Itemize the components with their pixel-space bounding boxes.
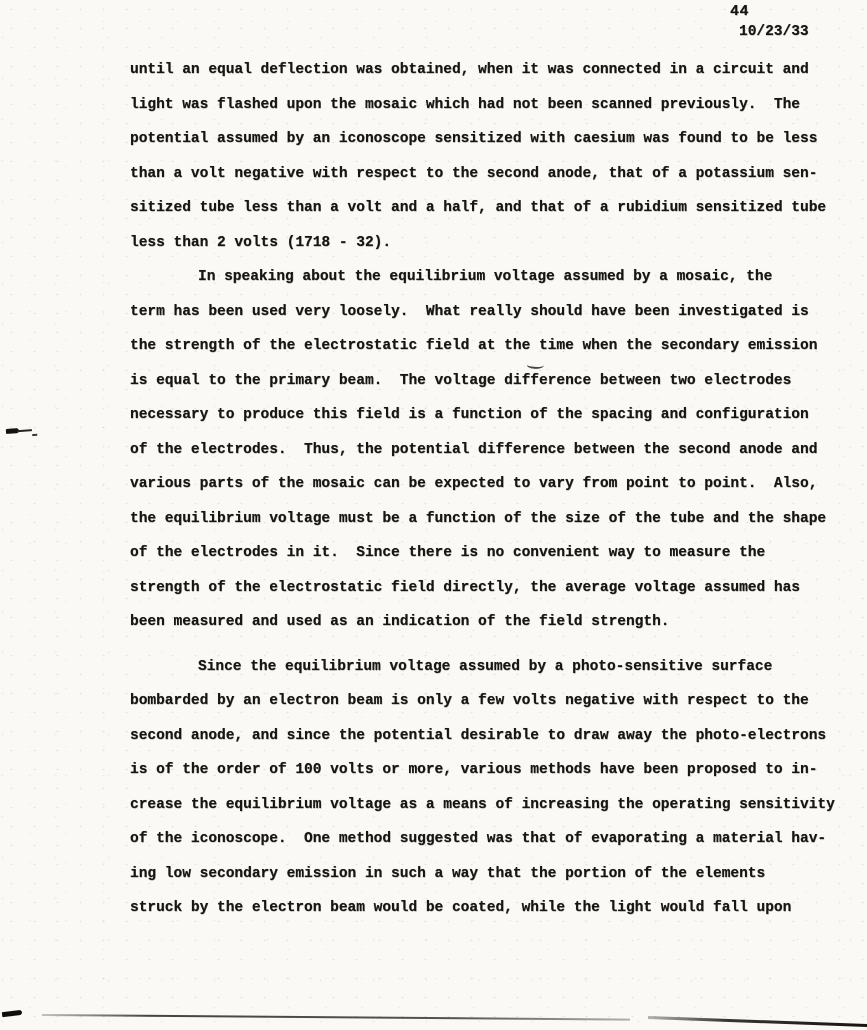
text-line: of the electrodes in it. Since there is …	[130, 536, 842, 571]
handwritten-margin-arrow-mark	[6, 426, 35, 438]
page-number: 44	[730, 3, 749, 20]
text-line: Since the equilibrium voltage assumed by…	[130, 650, 842, 685]
text-line: second anode, and since the potential de…	[130, 719, 842, 754]
text-line: bombarded by an electron beam is only a …	[130, 684, 842, 719]
text-line: crease the equilibrium voltage as a mean…	[130, 788, 842, 823]
margin-mark-dot	[32, 434, 37, 436]
paragraph: until an equal deflection was obtained, …	[130, 53, 842, 260]
page-date: 10/23/33	[739, 24, 809, 40]
text-line: the strength of the electrostatic field …	[130, 329, 842, 364]
scan-edge-line-left	[42, 1014, 630, 1021]
text-line: sitized tube less than a volt and a half…	[130, 191, 842, 226]
text-line: necessary to produce this field is a fun…	[130, 398, 842, 433]
text-line: light was flashed upon the mosaic which …	[130, 88, 842, 123]
text-line: strength of the electrostatic field dire…	[130, 571, 842, 606]
text-line: of the electrodes. Thus, the potential d…	[130, 433, 842, 468]
document-body: until an equal deflection was obtained, …	[130, 53, 842, 926]
text-line: ing low secondary emission in such a way…	[130, 857, 842, 892]
text-line: is equal to the primary beam. The voltag…	[130, 364, 842, 399]
text-line: In speaking about the equilibrium voltag…	[130, 260, 842, 295]
text-line: been measured and used as an indication …	[130, 605, 842, 640]
text-line: of the iconoscope. One method suggested …	[130, 822, 842, 857]
text-line: potential assumed by an iconoscope sensi…	[130, 122, 842, 157]
text-line: various parts of the mosaic can be expec…	[130, 467, 842, 502]
text-line: struck by the electron beam would be coa…	[130, 891, 842, 926]
margin-mark-tail	[17, 429, 32, 432]
text-line: is of the order of 100 volts or more, va…	[130, 753, 842, 788]
paragraph: Since the equilibrium voltage assumed by…	[130, 650, 842, 926]
scan-edge-blob	[2, 1010, 22, 1017]
text-line: term has been used very loosely. What re…	[130, 295, 842, 330]
text-line: until an equal deflection was obtained, …	[130, 53, 842, 88]
scan-edge-line-right	[648, 1016, 867, 1027]
text-line: less than 2 volts (1718 - 32).	[130, 226, 842, 261]
text-line: the equilibrium voltage must be a functi…	[130, 502, 842, 537]
text-line: than a volt negative with respect to the…	[130, 157, 842, 192]
paragraph: In speaking about the equilibrium voltag…	[130, 260, 842, 640]
scanned-document-page: { "page": { "page_number": "44", "date":…	[0, 0, 867, 1030]
